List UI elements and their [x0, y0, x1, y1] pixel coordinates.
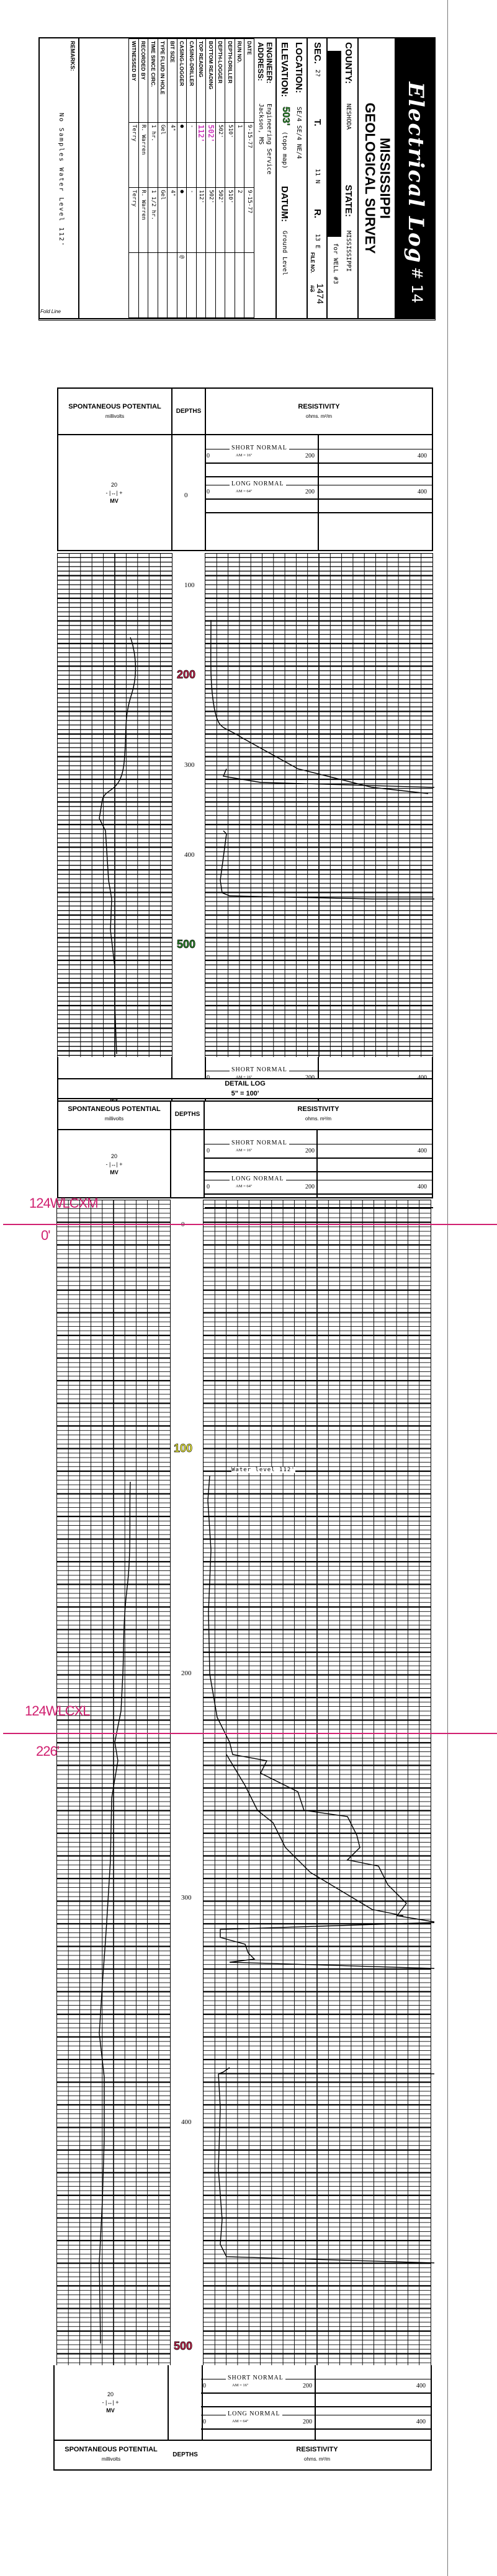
log-curves — [0, 0, 497, 2576]
log-curve — [223, 769, 434, 787]
log-curve — [211, 620, 428, 794]
marker-depth-2: 226' — [36, 1743, 59, 1759]
marker-code-2: 124WLCXL — [25, 1703, 90, 1719]
marker-code-1: 124WLCXM — [29, 1195, 98, 1211]
log-curve — [218, 2068, 434, 2074]
log-curve — [99, 1482, 130, 2344]
log-curve — [208, 1476, 434, 1922]
marker-line-2 — [3, 1733, 497, 1734]
log-curve — [226, 1755, 403, 1916]
log-curve — [218, 2074, 434, 2263]
log-curve — [220, 831, 434, 899]
marker-line-1 — [3, 1224, 497, 1225]
marker-depth-1: 0' — [41, 1228, 50, 1244]
log-curve — [220, 1923, 434, 1968]
log-curve — [99, 637, 135, 1054]
